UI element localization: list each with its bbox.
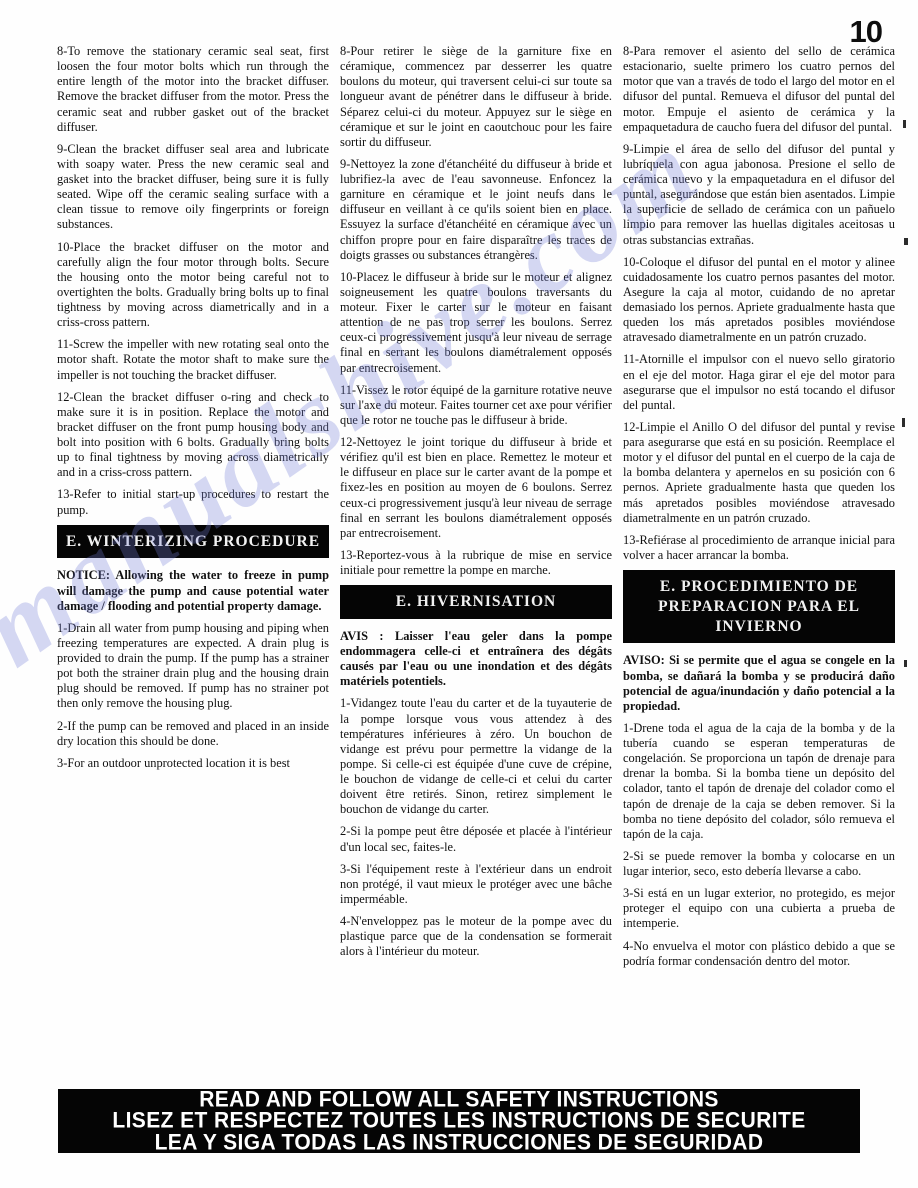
paragraph-fr-w3: 3-Si l'équipement reste à l'extérieur da… [340,862,612,907]
manual-page: 10 manualshive.com 8-To remove the stati… [0,0,918,1188]
paragraph-en-w3: 3-For an outdoor unprotected location it… [57,756,329,771]
paragraph-es-w4: 4-No envuelva el motor con plástico debi… [623,939,895,969]
paragraph-fr-step11: 11-Vissez le rotor équipé de la garnitur… [340,383,612,428]
scan-artifact-mark [903,120,906,128]
paragraph-fr-w4: 4-N'enveloppez pas le moteur de la pompe… [340,914,612,959]
notice-fr: AVIS : Laisser l'eau geler dans la pompe… [340,629,612,690]
paragraph-fr-w2: 2-Si la pompe peut être déposée et placé… [340,824,612,854]
paragraph-es-w2: 2-Si se puede remover la bomba y colocar… [623,849,895,879]
paragraph-en-step12: 12-Clean the bracket diffuser o-ring and… [57,390,329,481]
paragraph-en-step9: 9-Clean the bracket diffuser seal area a… [57,142,329,233]
notice-en: NOTICE: Allowing the water to freeze in … [57,568,329,613]
paragraph-es-w3: 3-Si está en un lugar exterior, no prote… [623,886,895,931]
notice-es: AVISO: Si se permite que el agua se cong… [623,653,895,714]
paragraph-fr-step13: 13-Reportez-vous à la rubrique de mise e… [340,548,612,578]
safety-line-spanish: LEA Y SIGA TODAS LAS INSTRUCCIONES DE SE… [155,1131,764,1153]
section-header-winterizing: E. WINTERIZING PROCEDURE [57,525,329,559]
paragraph-es-step12: 12-Limpie el Anillo O del difusor del pu… [623,420,895,526]
safety-line-french: LISEZ ET RESPECTEZ TOUTES LES INSTRUCTIO… [112,1110,805,1132]
paragraph-fr-step9: 9-Nettoyez la zone d'étanchéité du diffu… [340,157,612,263]
column-french: 8-Pour retirer le siège de la garniture … [340,44,612,976]
content-columns: 8-To remove the stationary ceramic seal … [57,44,885,976]
paragraph-es-step8: 8-Para remover el asiento del sello de c… [623,44,895,135]
scan-artifact-mark [902,418,905,427]
safety-banner: READ AND FOLLOW ALL SAFETY INSTRUCTIONS … [58,1089,860,1153]
paragraph-fr-step12: 12-Nettoyez le joint torique du diffuseu… [340,435,612,541]
paragraph-en-step10: 10-Place the bracket diffuser on the mot… [57,240,329,331]
section-header-hivernisation: E. HIVERNISATION [340,585,612,619]
paragraph-en-step8: 8-To remove the stationary ceramic seal … [57,44,329,135]
scan-artifact-mark [904,238,908,245]
paragraph-es-step11: 11-Atornille el impulsor con el nuevo se… [623,352,895,413]
paragraph-fr-step10: 10-Placez le diffuseur à bride sur le mo… [340,270,612,376]
paragraph-es-step13: 13-Refiérase al procedimiento de arranqu… [623,533,895,563]
paragraph-es-step9: 9-Limpie el área de sello del difusor de… [623,142,895,248]
paragraph-en-w1: 1-Drain all water from pump housing and … [57,621,329,712]
column-english: 8-To remove the stationary ceramic seal … [57,44,329,976]
paragraph-fr-w1: 1-Vidangez toute l'eau du carter et de l… [340,696,612,817]
scan-artifact-mark [904,660,907,667]
paragraph-en-step13: 13-Refer to initial start-up procedures … [57,487,329,517]
paragraph-fr-step8: 8-Pour retirer le siège de la garniture … [340,44,612,150]
paragraph-es-step10: 10-Coloque el difusor del puntal en el m… [623,255,895,346]
column-spanish: 8-Para remover el asiento del sello de c… [623,44,895,976]
paragraph-en-step11: 11-Screw the impeller with new rotating … [57,337,329,382]
paragraph-es-w1: 1-Drene toda el agua de la caja de la bo… [623,721,895,842]
paragraph-en-w2: 2-If the pump can be removed and placed … [57,719,329,749]
section-header-invierno: E. PROCEDIMIENTO DE PREPARACION PARA EL … [623,570,895,643]
